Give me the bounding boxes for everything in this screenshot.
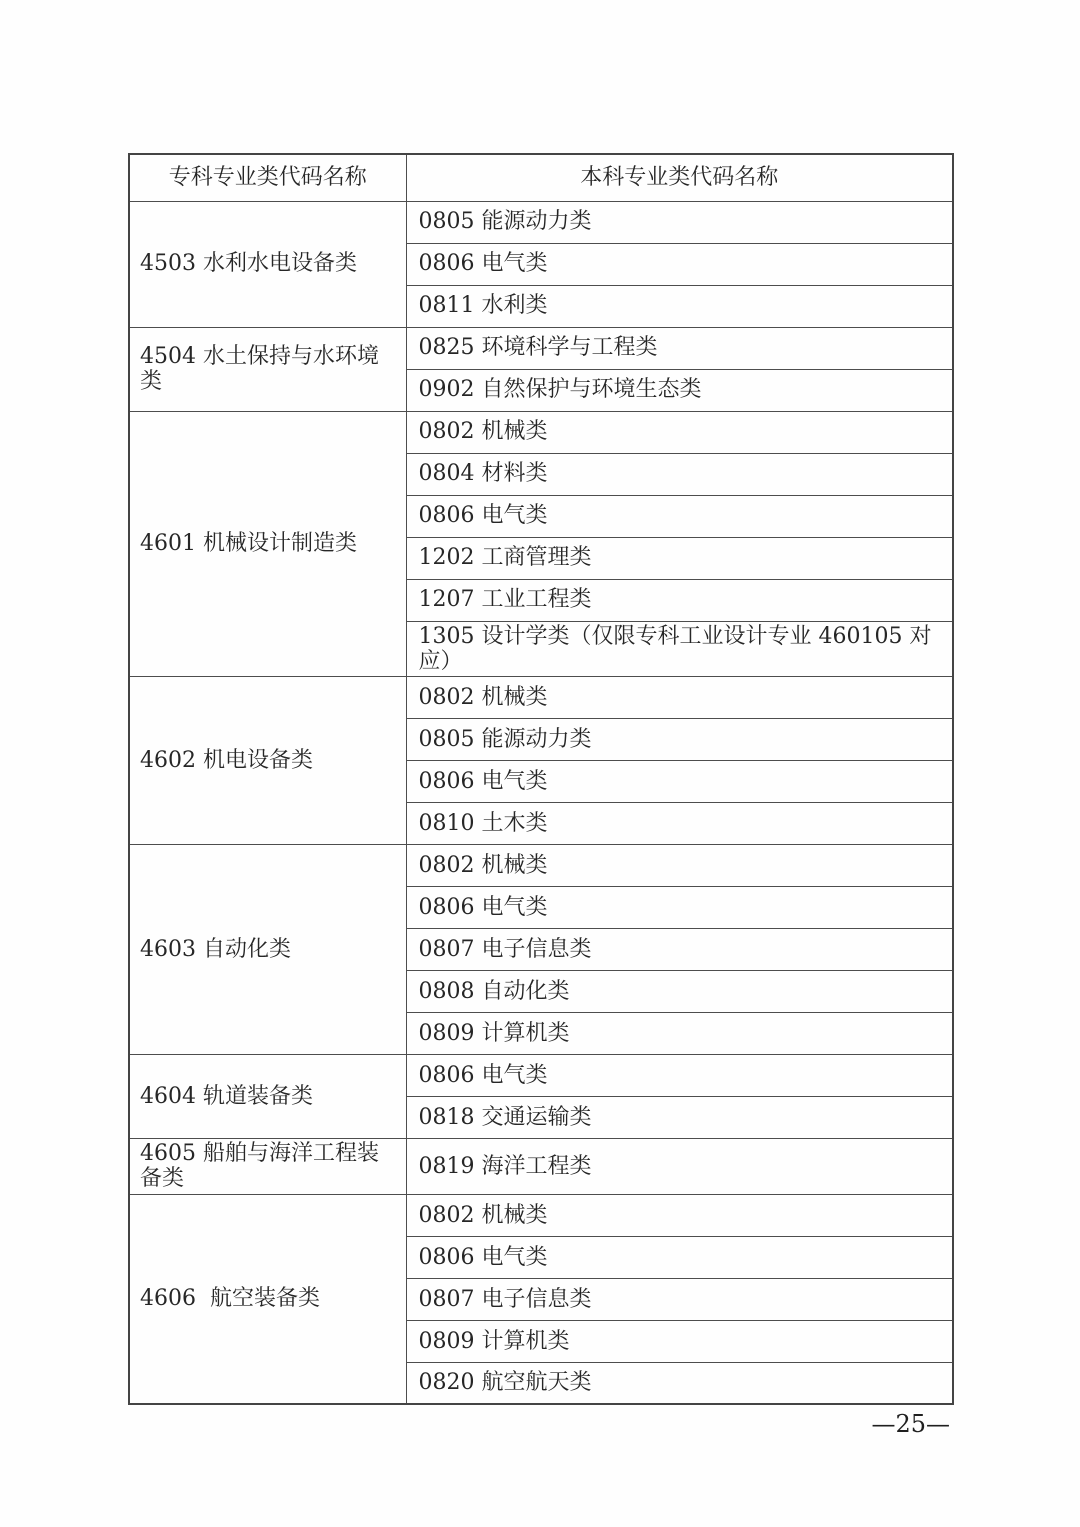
spec-category-cell: 4605 船舶与海洋工程装备类 (129, 1139, 406, 1195)
undergrad-category-cell: 0806 电气类 (406, 495, 953, 537)
table-row: 4606 航空装备类 0802 机械类 (129, 1194, 953, 1236)
undergrad-category-cell: 0802 机械类 (406, 1194, 953, 1236)
table-row: 4504 水土保持与水环境类 0825 环境科学与工程类 (129, 327, 953, 369)
undergrad-category-cell: 0802 机械类 (406, 845, 953, 887)
undergrad-category-cell: 0820 航空航天类 (406, 1362, 953, 1404)
undergrad-category-cell: 0825 环境科学与工程类 (406, 327, 953, 369)
spec-category-cell: 4604 轨道装备类 (129, 1055, 406, 1139)
undergrad-category-cell: 1305 设计学类（仅限专科工业设计专业 460105 对应） (406, 621, 953, 677)
undergrad-category-cell: 0809 计算机类 (406, 1320, 953, 1362)
undergrad-category-cell: 1207 工业工程类 (406, 579, 953, 621)
table-row: 4503 水利水电设备类 0805 能源动力类 (129, 201, 953, 243)
undergrad-category-cell: 0805 能源动力类 (406, 201, 953, 243)
major-mapping-table: 专科专业类代码名称 本科专业类代码名称 4503 水利水电设备类 0805 能源… (128, 153, 954, 1405)
undergrad-category-cell: 0818 交通运输类 (406, 1097, 953, 1139)
undergrad-category-cell: 0806 电气类 (406, 1055, 953, 1097)
undergrad-category-cell: 1202 工商管理类 (406, 537, 953, 579)
header-undergrad-category: 本科专业类代码名称 (406, 154, 953, 201)
undergrad-category-cell: 0807 电子信息类 (406, 929, 953, 971)
header-spec-category: 专科专业类代码名称 (129, 154, 406, 201)
undergrad-category-cell: 0802 机械类 (406, 411, 953, 453)
undergrad-category-cell: 0806 电气类 (406, 1236, 953, 1278)
undergrad-category-cell: 0805 能源动力类 (406, 719, 953, 761)
table-row: 4603 自动化类 0802 机械类 (129, 845, 953, 887)
undergrad-category-cell: 0810 土木类 (406, 803, 953, 845)
spec-category-cell: 4601 机械设计制造类 (129, 411, 406, 677)
table-row: 4605 船舶与海洋工程装备类 0819 海洋工程类 (129, 1139, 953, 1195)
undergrad-category-cell: 0806 电气类 (406, 761, 953, 803)
table-row: 4604 轨道装备类 0806 电气类 (129, 1055, 953, 1097)
page-number: —25— (871, 1410, 950, 1438)
spec-category-cell: 4602 机电设备类 (129, 677, 406, 845)
undergrad-category-cell: 0808 自动化类 (406, 971, 953, 1013)
table-row: 4602 机电设备类 0802 机械类 (129, 677, 953, 719)
spec-category-cell: 4606 航空装备类 (129, 1194, 406, 1404)
document-page: 专科专业类代码名称 本科专业类代码名称 4503 水利水电设备类 0805 能源… (0, 0, 1080, 1527)
spec-category-cell: 4504 水土保持与水环境类 (129, 327, 406, 411)
undergrad-category-cell: 0819 海洋工程类 (406, 1139, 953, 1195)
undergrad-category-cell: 0807 电子信息类 (406, 1278, 953, 1320)
table-header-row: 专科专业类代码名称 本科专业类代码名称 (129, 154, 953, 201)
undergrad-category-cell: 0809 计算机类 (406, 1013, 953, 1055)
undergrad-category-cell: 0806 电气类 (406, 887, 953, 929)
spec-category-cell: 4603 自动化类 (129, 845, 406, 1055)
undergrad-category-cell: 0804 材料类 (406, 453, 953, 495)
table-row: 4601 机械设计制造类 0802 机械类 (129, 411, 953, 453)
spec-category-cell: 4503 水利水电设备类 (129, 201, 406, 327)
undergrad-category-cell: 0811 水利类 (406, 285, 953, 327)
undergrad-category-cell: 0902 自然保护与环境生态类 (406, 369, 953, 411)
undergrad-category-cell: 0802 机械类 (406, 677, 953, 719)
undergrad-category-cell: 0806 电气类 (406, 243, 953, 285)
